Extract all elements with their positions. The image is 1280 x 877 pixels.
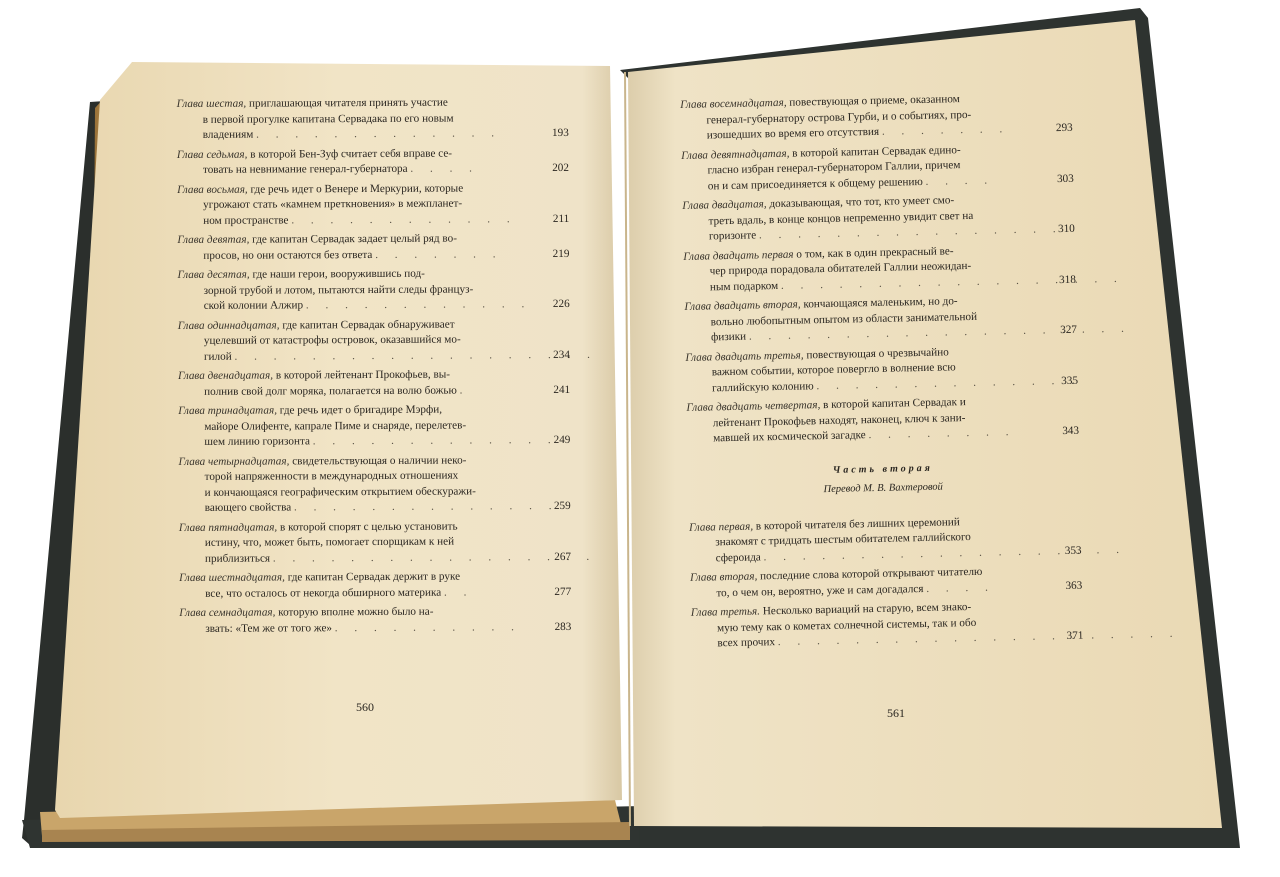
toc-entry: Глава восьмая, где речь идет о Венере и … bbox=[177, 180, 567, 229]
toc-entry: Глава двадцать первая о том, как в один … bbox=[683, 241, 1074, 296]
page-number: 202 bbox=[552, 161, 569, 177]
page-number: 267 bbox=[554, 549, 571, 565]
toc-entry: Глава четырнадцатая, свидетельствующая о… bbox=[178, 452, 568, 516]
page-folio-right: 561 bbox=[887, 706, 905, 721]
toc-entry: Глава семнадцатая, которую вполне можно … bbox=[179, 604, 569, 637]
page-number: 241 bbox=[553, 382, 570, 398]
toc-entry: Глава шестнадцатая, где капитан Сервадак… bbox=[179, 569, 569, 602]
toc-entry: Глава седьмая, в которой Бен-Зуф считает… bbox=[177, 145, 567, 178]
right-page-toc: Глава восемнадцатая, повествующая о прие… bbox=[680, 90, 1082, 657]
toc-entry: Глава третья. Несколько вариаций на стар… bbox=[691, 598, 1082, 653]
toc-entry: Глава двенадцатая, в которой лейтенант П… bbox=[178, 367, 568, 400]
page-number: 277 bbox=[554, 584, 571, 600]
page-number: 226 bbox=[553, 297, 570, 313]
page-number: 363 bbox=[1065, 578, 1082, 594]
toc-entry: Глава вторая, последние слова которой от… bbox=[690, 563, 1081, 602]
page-number: 318 bbox=[1059, 272, 1076, 288]
page-number: 211 bbox=[553, 211, 569, 227]
page-number: 335 bbox=[1061, 373, 1078, 389]
page-number: 303 bbox=[1057, 171, 1074, 187]
toc-entry: Глава пятнадцатая, в которой спорят с це… bbox=[179, 518, 569, 567]
page-number: 193 bbox=[552, 126, 569, 142]
toc-entry: Глава двадцать вторая, кончающаяся мален… bbox=[684, 292, 1075, 347]
page-number: 353 bbox=[1065, 543, 1082, 559]
toc-entry: Глава шестая, приглашающая читателя прин… bbox=[177, 95, 567, 144]
chapter-label: Глава шестая, bbox=[177, 98, 247, 110]
toc-entry: Глава двадцатая, доказывающая, что тот, … bbox=[682, 191, 1073, 246]
page-number: 310 bbox=[1058, 222, 1075, 238]
page-number: 371 bbox=[1066, 629, 1083, 645]
toc-entry: Глава десятая, где наши герои, вооруживш… bbox=[177, 266, 567, 315]
left-page-toc: Глава шестая, приглашающая читателя прин… bbox=[177, 95, 570, 641]
open-book: Глава шестая, приглашающая читателя прин… bbox=[0, 0, 1280, 877]
toc-entry: Глава девятая, где капитан Сервадак зада… bbox=[177, 231, 567, 264]
page-number: 219 bbox=[553, 246, 570, 262]
toc-entry: Глава двадцать четвертая, в которой капи… bbox=[686, 393, 1077, 448]
toc-entry: Глава двадцать третья, повествующая о чр… bbox=[685, 342, 1076, 397]
toc-entry: Глава одиннадцатая, где капитан Сервадак… bbox=[178, 316, 568, 365]
toc-entry: Глава девятнадцатая, в которой капитан С… bbox=[681, 140, 1072, 195]
translator-credit: Перевод М. В. Вахтеровой bbox=[688, 477, 1078, 501]
page-number: 327 bbox=[1060, 323, 1077, 339]
page-number: 283 bbox=[555, 619, 572, 635]
toc-entry: Глава первая, в которой читателя без лиш… bbox=[689, 512, 1080, 567]
page-number: 293 bbox=[1056, 121, 1073, 137]
page-number: 343 bbox=[1062, 424, 1079, 440]
page-number: 249 bbox=[554, 433, 571, 449]
toc-entry: Глава восемнадцатая, повествующая о прие… bbox=[680, 90, 1071, 145]
page-folio-left: 560 bbox=[356, 700, 374, 715]
page-number: 234 bbox=[553, 347, 570, 363]
page-number: 259 bbox=[554, 499, 571, 515]
toc-entry: Глава тринадцатая, где речь идет о брига… bbox=[178, 402, 568, 451]
